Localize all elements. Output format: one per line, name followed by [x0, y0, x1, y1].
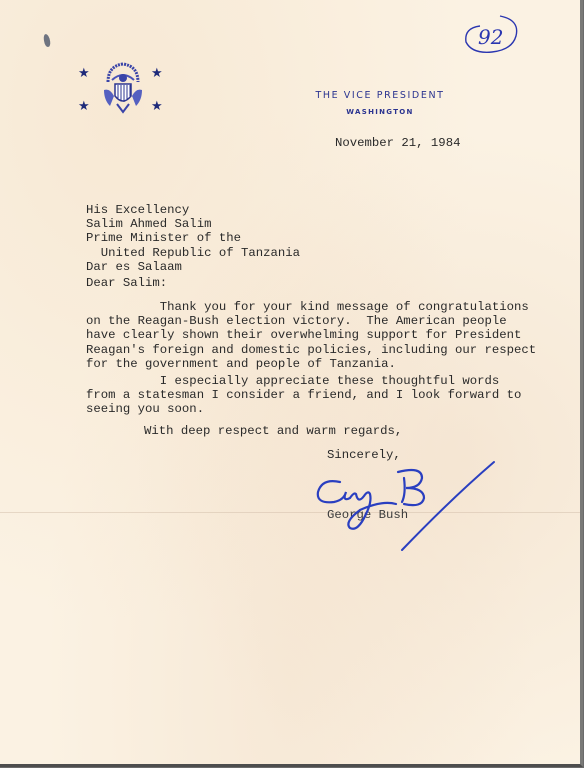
eagle-seal-icon [100, 60, 146, 116]
address-line: Salim Ahmed Salim [86, 217, 300, 231]
body-paragraph-1: Thank you for your kind message of congr… [86, 300, 536, 371]
letter-date: November 21, 1984 [335, 136, 460, 150]
star-icon: ★ [151, 100, 163, 113]
letter-page: ★ ★ ★ ★ THE VICE PRESIDENT WASHINGTON 92… [0, 0, 583, 767]
address-line: Prime Minister of the [86, 231, 300, 245]
archive-number-mark: 92 [462, 12, 522, 64]
star-icon: ★ [151, 67, 163, 80]
star-icon: ★ [78, 100, 90, 113]
address-line: United Republic of Tanzania [86, 246, 300, 260]
vice-presidential-seal: ★ ★ ★ ★ [78, 60, 168, 120]
closing-line: With deep respect and warm regards, [144, 424, 402, 438]
handwritten-signature [312, 458, 502, 558]
address-line: His Excellency [86, 203, 300, 217]
star-icon: ★ [78, 67, 90, 80]
letterhead-title: THE VICE PRESIDENT [300, 90, 460, 102]
recipient-address: His ExcellencySalim Ahmed SalimPrime Min… [86, 203, 300, 274]
body-paragraph-2: I especially appreciate these thoughtful… [86, 374, 521, 417]
address-line: Dar es Salaam [86, 260, 300, 274]
letterhead-subtitle: WASHINGTON [300, 108, 460, 116]
paper-stain [43, 34, 51, 48]
letterhead: THE VICE PRESIDENT WASHINGTON [300, 90, 460, 116]
salutation: Dear Salim: [86, 276, 167, 290]
svg-text:92: 92 [478, 25, 503, 49]
